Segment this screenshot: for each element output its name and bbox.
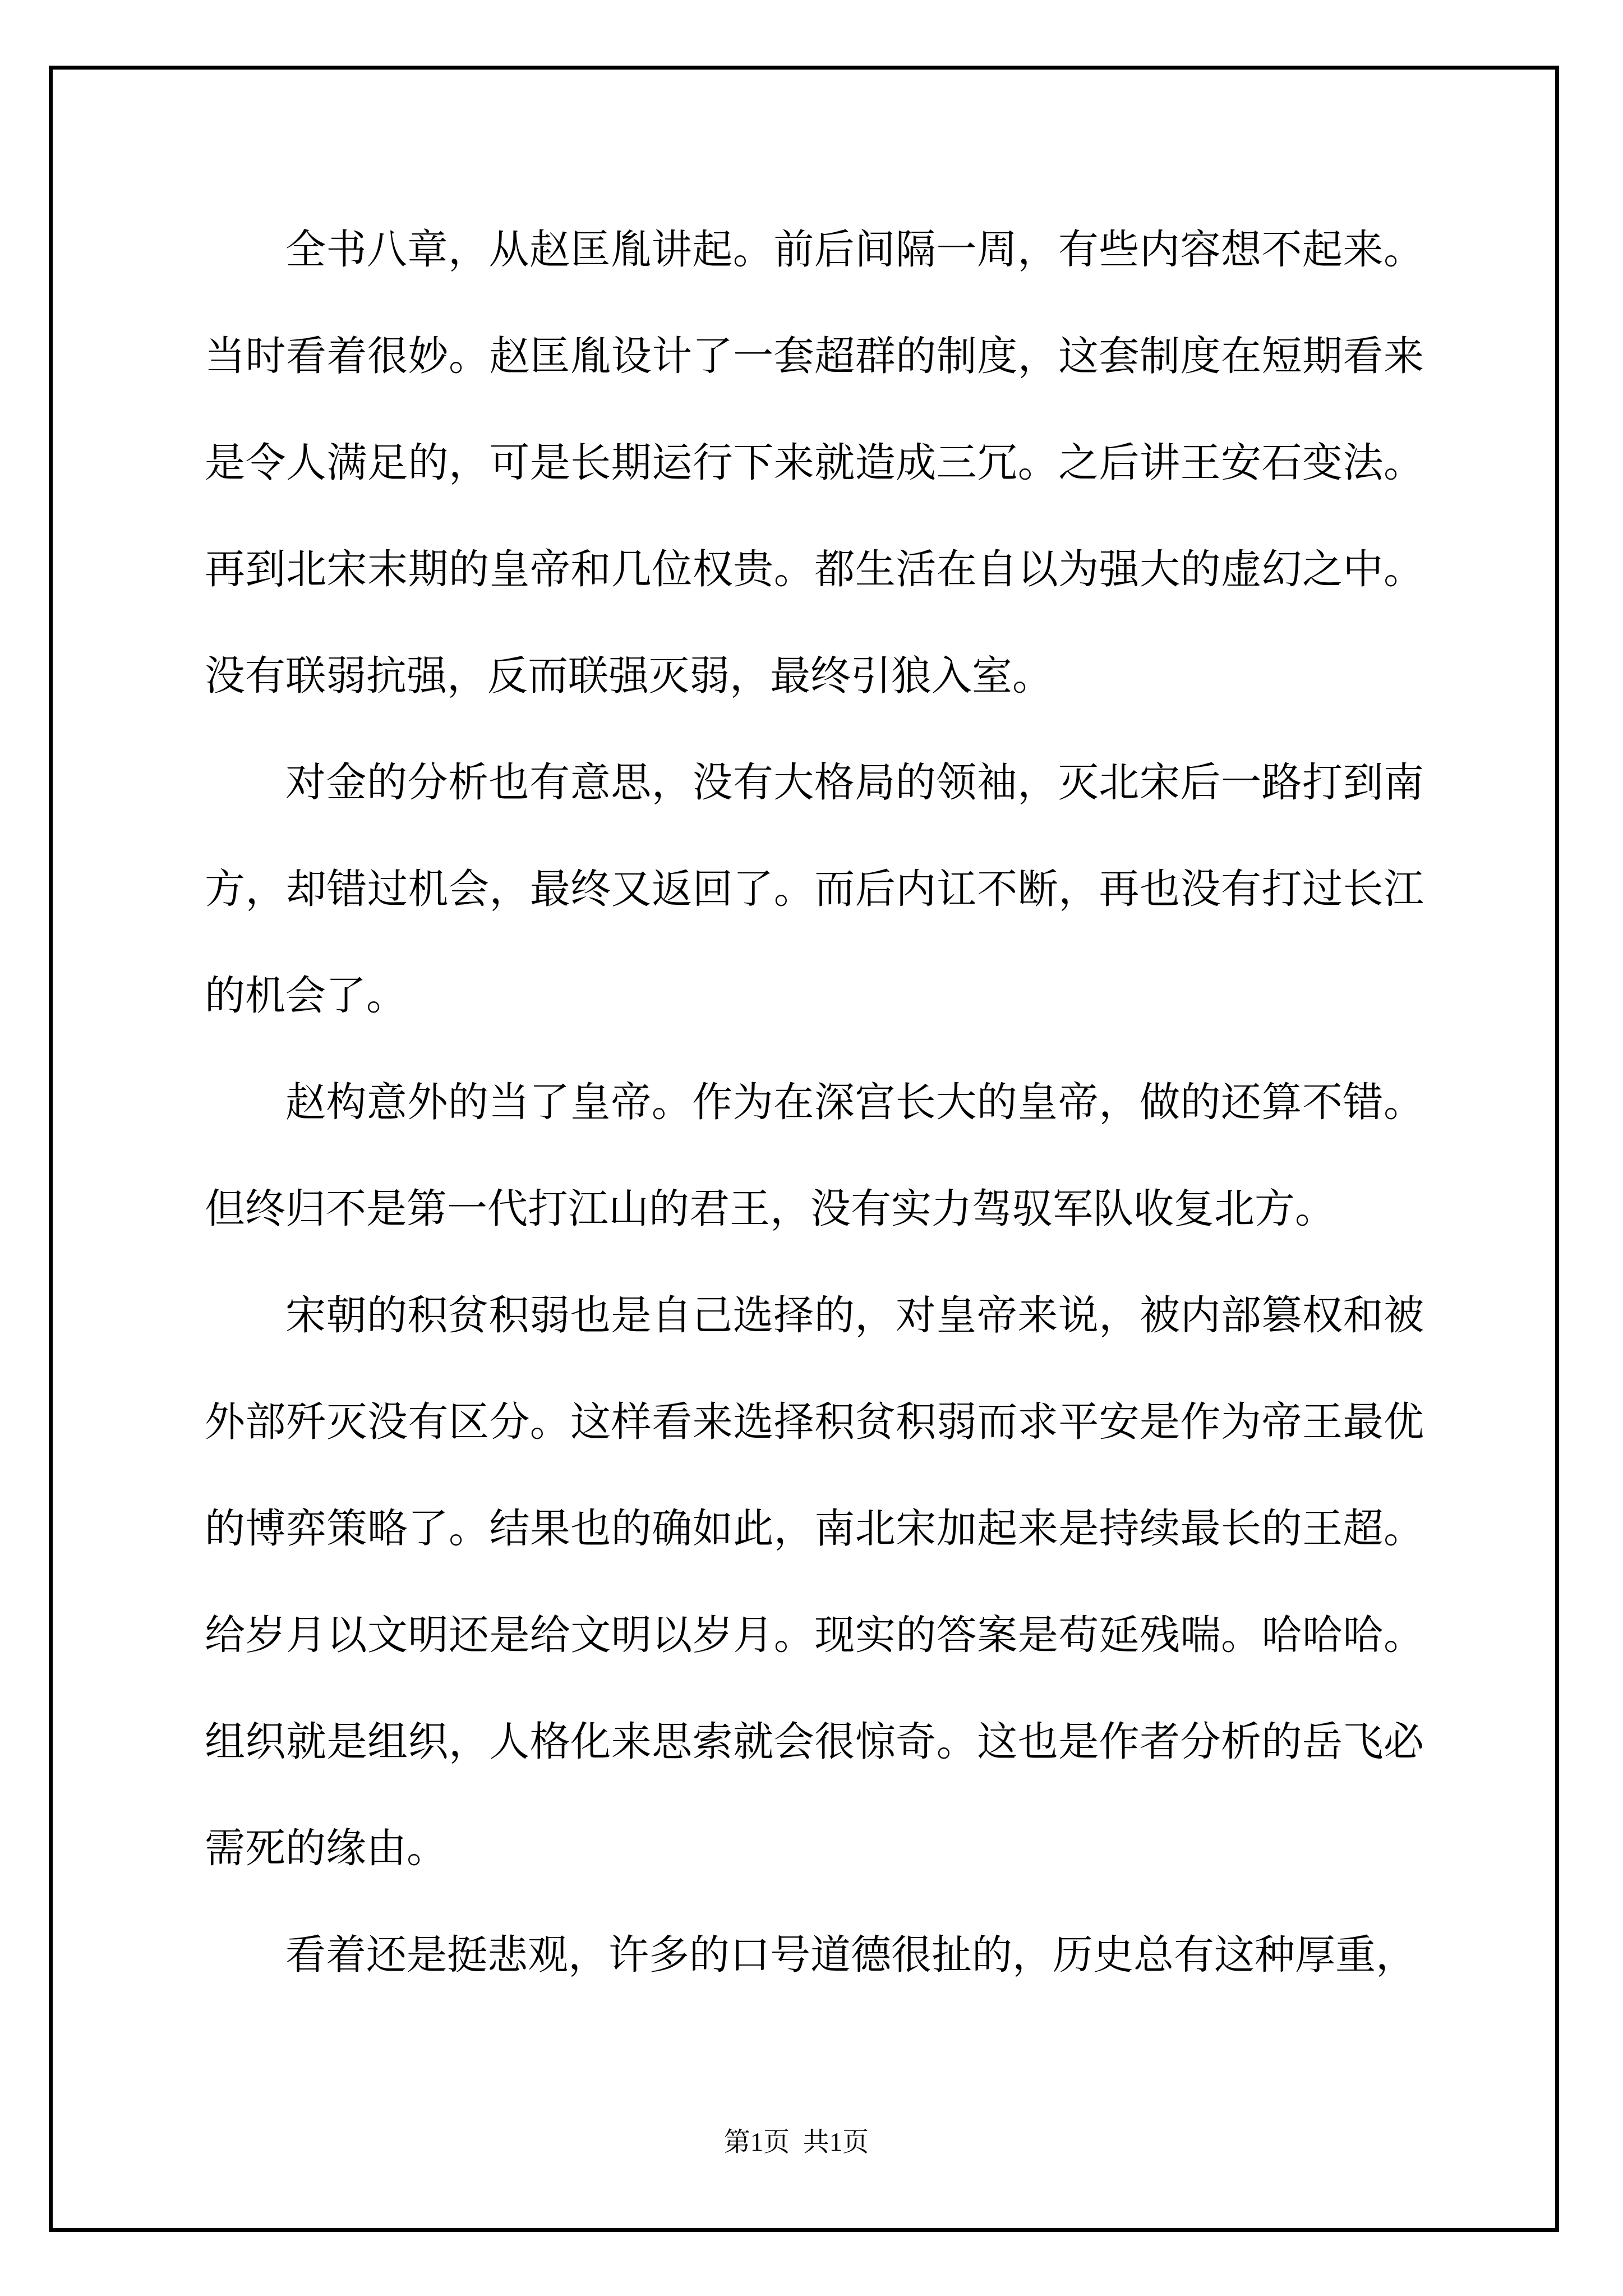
paragraph: 全书八章，从赵匡胤讲起。前后间隔一周，有些内容想不起来。当时看着很妙。赵匡胤设计…	[205, 196, 1424, 729]
document-page: 全书八章，从赵匡胤讲起。前后间隔一周，有些内容想不起来。当时看着很妙。赵匡胤设计…	[0, 0, 1623, 2296]
document-text: 全书八章，从赵匡胤讲起。前后间隔一周，有些内容想不起来。当时看着很妙。赵匡胤设计…	[205, 196, 1424, 2008]
paragraph: 对金的分析也有意思，没有大格局的领袖，灭北宋后一路打到南方，却错过机会，最终又返…	[205, 729, 1424, 1049]
paragraph: 看着还是挺悲观，许多的口号道德很扯的，历史总有这种厚重，	[205, 1902, 1424, 2008]
paragraph: 赵构意外的当了皇帝。作为在深宫长大的皇帝，做的还算不错。但终归不是第一代打江山的…	[205, 1049, 1424, 1262]
page-number-footer: 第1页 共1页	[724, 2127, 869, 2158]
paragraph: 宋朝的积贫积弱也是自己选择的，对皇帝来说，被内部篡权和被外部歼灭没有区分。这样看…	[205, 1262, 1424, 1902]
